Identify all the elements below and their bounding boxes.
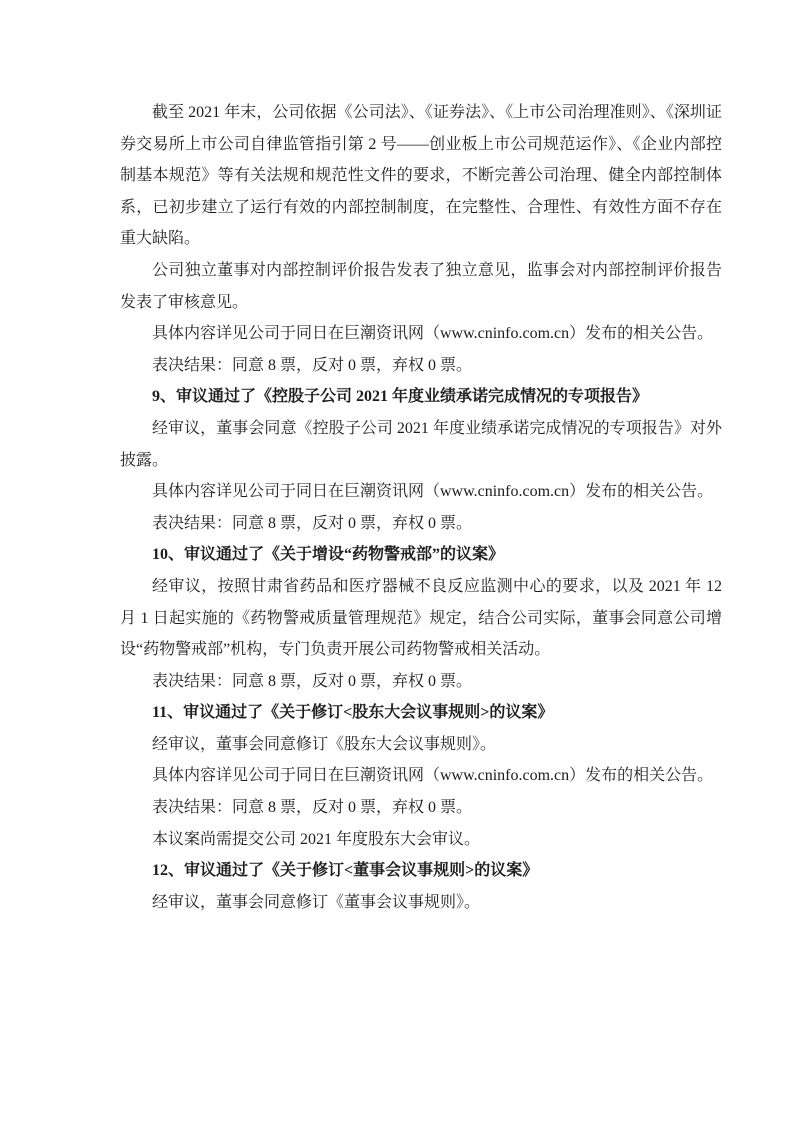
heading-item-9: 9、审议通过了《控股子公司 2021 年度业绩承诺完成情况的专项报告》 — [120, 381, 722, 413]
vote-result-3: 表决结果：同意 8 票，反对 0 票，弃权 0 票。 — [120, 666, 722, 698]
para-disclosure-reference-1: 具体内容详见公司于同日在巨潮资讯网（www.cninfo.com.cn）发布的相… — [120, 318, 722, 350]
document-page: 截至 2021 年末，公司依据《公司法》、《证券法》、《上市公司治理准则》、《深… — [0, 0, 793, 1122]
para-item-11-agm-note: 本议案尚需提交公司 2021 年度股东大会审议。 — [120, 824, 722, 856]
vote-result-4: 表决结果：同意 8 票，反对 0 票，弃权 0 票。 — [120, 792, 722, 824]
para-disclosure-reference-2: 具体内容详见公司于同日在巨潮资讯网（www.cninfo.com.cn）发布的相… — [120, 476, 722, 508]
para-item-10-resolution: 经审议，按照甘肃省药品和医疗器械不良反应监测中心的要求，以及 2021 年 12… — [120, 571, 722, 666]
para-internal-control-basis: 截至 2021 年末，公司依据《公司法》、《证券法》、《上市公司治理准则》、《深… — [120, 97, 722, 255]
para-independent-director-opinion: 公司独立董事对内部控制评价报告发表了独立意见，监事会对内部控制评价报告发表了审核… — [120, 255, 722, 318]
heading-item-10: 10、审议通过了《关于增设“药物警戒部”的议案》 — [120, 539, 722, 571]
heading-item-11: 11、审议通过了《关于修订<股东大会议事规则>的议案》 — [120, 697, 722, 729]
heading-item-12: 12、审议通过了《关于修订<董事会议事规则>的议案》 — [120, 855, 722, 887]
vote-result-1: 表决结果：同意 8 票，反对 0 票，弃权 0 票。 — [120, 350, 722, 382]
para-disclosure-reference-3: 具体内容详见公司于同日在巨潮资讯网（www.cninfo.com.cn）发布的相… — [120, 760, 722, 792]
para-item-12-resolution: 经审议，董事会同意修订《董事会议事规则》。 — [120, 887, 722, 919]
para-item-9-resolution: 经审议，董事会同意《控股子公司 2021 年度业绩承诺完成情况的专项报告》对外披… — [120, 413, 722, 476]
vote-result-2: 表决结果：同意 8 票，反对 0 票，弃权 0 票。 — [120, 508, 722, 540]
para-item-11-resolution: 经审议，董事会同意修订《股东大会议事规则》。 — [120, 729, 722, 761]
